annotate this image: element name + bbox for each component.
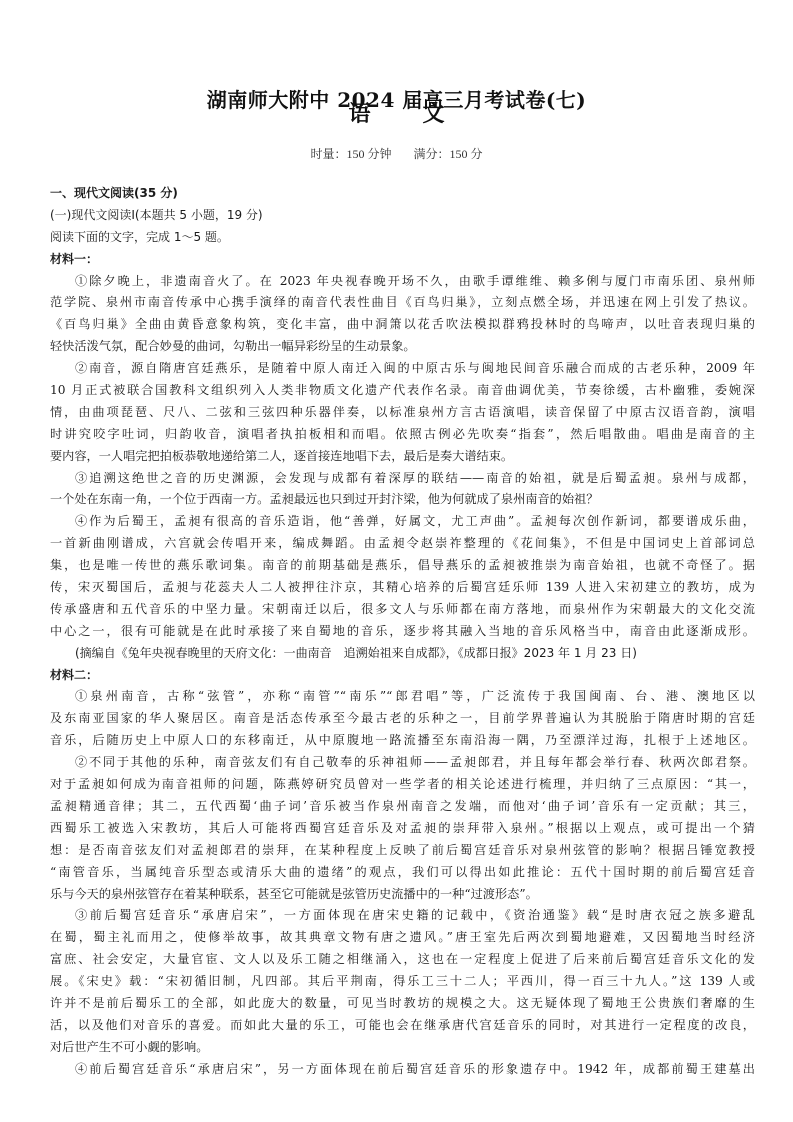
paragraph-line: 对于孟昶如何成为南音祖师的问题，陈燕婷研究员曾对一些学者的相关论述进行梳理，并归… (50, 774, 755, 796)
subject-char-1: 语 (348, 100, 370, 130)
material-1-label: 材料一： (50, 249, 755, 271)
paragraph-line: ①除夕晚上，非遗南音火了。在 2023 年央视春晚开场不久，由歌手谭维维、赖多俐… (50, 271, 755, 293)
sub-section-heading: (一)现代文阅读Ⅰ(本题共 5 小题，19 分) (50, 205, 755, 227)
paragraph-line: 范学院、泉州市南音传承中心携手演绎的南音代表性曲目《百鸟归巢》，立刻点燃全场，并… (50, 292, 755, 314)
exam-page: 湖南师大附中 2024 届高三月考试卷(七) 语文 时量：150 分钟满分：15… (0, 0, 793, 1122)
full-score: 满分：150 分 (414, 146, 483, 162)
paragraph-line: 集，也是唯一传世的燕乐歌词集。南音的前期基础是燕乐，倡导燕乐的孟昶被推崇为南音始… (50, 555, 755, 577)
paragraph-line: ④作为后蜀王，孟昶有很高的音乐造诣，他“善弹，好属文，尤工声曲”。孟昶每次创作新… (50, 511, 755, 533)
paragraph-line: 许并不是前后蜀乐工的全部，如此庞大的数量，可见当时教坊的规模之大。这无疑体现了蜀… (50, 993, 755, 1015)
paragraph-line: 轻快活泼气氛，配合妙曼的曲词，勾勒出一幅异彩纷呈的生动景象。 (50, 336, 755, 358)
paragraph-line: 时讲究咬字吐词，归韵收音，演唱者执拍板相和而唱。依照古例必先吹奏“指套”，然后唱… (50, 424, 755, 446)
paragraph-line: 乐与今天的泉州弦管存在着某种联系，甚至它可能就是弦管历史流播中的一种“过渡形态”… (50, 884, 755, 906)
paragraph-line: ③追溯这绝世之音的历史渊源，会发现与成都有着深厚的联结——南音的始祖，就是后蜀孟… (50, 468, 755, 490)
material-1-source: (摘编自《兔年央视春晚里的天府文化：一曲南音 追溯始祖来自成都》，《成都日报》2… (50, 643, 755, 665)
paragraph-line: 要内容，一人唱完把拍板恭敬地递给第二人，逐首接连地唱下去，最后是奏大谱结束。 (50, 446, 755, 468)
paragraph-line: 及东南亚国家的华人聚居区。南音是活态传承至今最古老的乐种之一，目前学界普遍认为其… (50, 708, 755, 730)
paragraph-line: 中心之一，很有可能就是在此时承接了来自蜀地的音乐，逐步将其融入当地的音乐风格当中… (50, 621, 755, 643)
exam-meta: 时量：150 分钟满分：150 分 (0, 146, 793, 162)
paragraph-line: 活，以及他们对音乐的喜爱。而如此大量的乐工，可能也会在继承唐代宫廷音乐的同时，对… (50, 1015, 755, 1037)
paragraph-line: 对后世产生不可小觑的影响。 (50, 1037, 755, 1059)
paragraph-line: ②南音，源自隋唐宫廷燕乐，是随着中原人南迁入闽的中原古乐与闽地民间音乐融合而成的… (50, 358, 755, 380)
paragraph-line: ②不同于其他的乐种，南音弦友们有自己敬奉的乐神祖师——孟昶郎君，并且每年都会举行… (50, 752, 755, 774)
subject-char-2: 文 (423, 100, 445, 130)
paragraph-line: 情，由曲项琵琶、尺八、二弦和三弦四种乐器伴奏，以标准泉州方言古语演唱，读音保留了… (50, 402, 755, 424)
paragraph-line: 《百鸟归巢》全曲由黄昏意象构筑，变化丰富，曲中洞箫以花舌吹法模拟群鸦投林时的鸟啼… (50, 314, 755, 336)
paragraph-line: 展。《宋史》载：“宋初循旧制，凡四部。其后平荆南，得乐工三十二人；平西川，得一百… (50, 971, 755, 993)
paragraph-line: 西蜀乐工被选入宋教坊，其后人可能将西蜀宫廷音乐及对孟昶的崇拜带入泉州。”根据以上… (50, 818, 755, 840)
material-2-label: 材料二： (50, 665, 755, 687)
section-heading: 一、现代文阅读(35 分) (50, 183, 755, 205)
paragraph-line: ④前后蜀宫廷音乐“承唐启宋”，另一方面体现在前后蜀宫廷音乐的形象遗存中。1942… (50, 1059, 755, 1081)
material-2-text: ①泉州南音，古称“弦管”，亦称“南管”“南乐”“郎君唱”等，广泛流传于我国闽南、… (50, 686, 755, 1080)
paragraph-line: 在蜀，蜀主礼而用之，使修举故事，故其典章文物有唐之遗风。”唐王室先后两次到蜀地避… (50, 927, 755, 949)
paragraph-line: ③前后蜀宫廷音乐“承唐启宋”，一方面体现在唐宋史籍的记载中，《资治通鉴》载“是时… (50, 905, 755, 927)
time-limit: 时量：150 分钟 (310, 146, 391, 162)
paragraph-line: ①泉州南音，古称“弦管”，亦称“南管”“南乐”“郎君唱”等，广泛流传于我国闽南、… (50, 686, 755, 708)
paragraph-line: 传，宋灭蜀国后，孟昶与花蕊夫人二人被押往汴京，其精心培养的后蜀宫廷乐师 139 … (50, 577, 755, 599)
instruction: 阅读下面的文字，完成 1～5 题。 (50, 227, 755, 249)
paragraph-line: 10 月正式被联合国教科文组织列入人类非物质文化遗产代表作名录。南音曲调优美，节… (50, 380, 755, 402)
paragraph-line: 想：是否南音弦友们对孟昶郎君的崇拜，在某种程度上反映了前后蜀宫廷音乐对泉州弦管的… (50, 840, 755, 862)
material-1-text: ①除夕晚上，非遗南音火了。在 2023 年央视春晚开场不久，由歌手谭维维、赖多俐… (50, 271, 755, 643)
paragraph-line: 传承盛唐和五代音乐的中坚力量。宋朝南迁以后，很多文人与乐师都在南方落地，而泉州作… (50, 599, 755, 621)
paragraph-line: “南管音乐，当属纯音乐型态或清乐大曲的遗绪”的观点，我们可以得出如此推论：五代十… (50, 862, 755, 884)
document-body: 一、现代文阅读(35 分) (一)现代文阅读Ⅰ(本题共 5 小题，19 分) 阅… (50, 183, 755, 1081)
paragraph-line: 孟昶精通音律；其二，五代西蜀‘曲子词’音乐被当作泉州南音之发端，而他对‘曲子词’… (50, 796, 755, 818)
subject-title: 语文 (0, 100, 793, 130)
paragraph-line: 音乐，后随历史上中原人口的东移南迁，从中原腹地一路流播至东南沿海一隅，乃至漂洋过… (50, 730, 755, 752)
paragraph-line: 富庶、社会安定，大量官宦、文人以及乐工随之相继涌入，这也在一定程度上促进了后来前… (50, 949, 755, 971)
paragraph-line: 一个处在东南一角，一个位于西南一方。孟昶最远也只到过开封汴梁，他为何就成了泉州南… (50, 489, 755, 511)
paragraph-line: 一首新曲刚谱成，六宫就会传唱开来，编成舞蹈。由孟昶令赵崇祚整理的《花间集》，不但… (50, 533, 755, 555)
